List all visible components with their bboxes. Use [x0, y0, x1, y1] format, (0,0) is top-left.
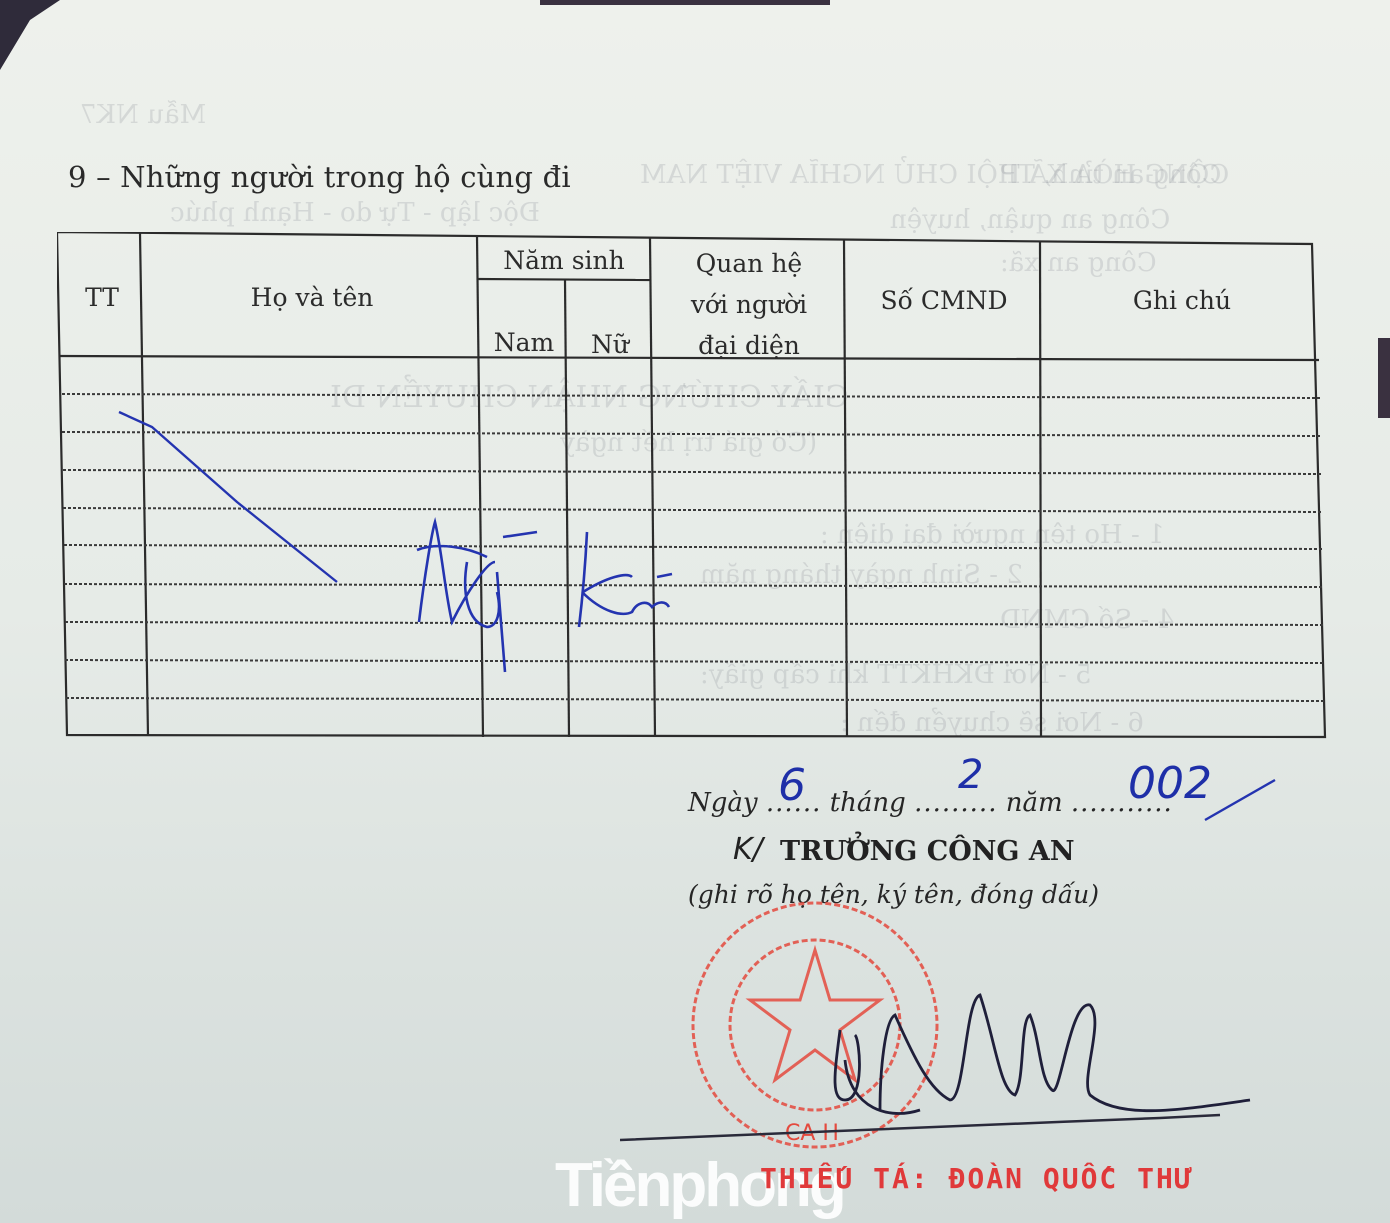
handwritten-tick: [1200, 775, 1280, 825]
section-title: 9 – Những người trong hộ cùng đi: [68, 160, 571, 194]
month-label: tháng: [830, 788, 906, 818]
date-line: Ngày ...... tháng ......... năm ........…: [688, 788, 1173, 818]
header-birth-year: Năm sinh: [479, 240, 649, 281]
header-relation-3: đại diện: [653, 325, 845, 366]
ghost-text: Công an tỉnh, TP: [1000, 160, 1221, 190]
header-name: Họ và tên: [147, 277, 477, 318]
handwritten-signature: [417, 522, 672, 672]
header-id-number: Số CMND: [847, 280, 1041, 321]
ghost-form-code: Mẫu NK7: [80, 100, 206, 130]
year-label: năm: [1006, 788, 1063, 818]
month-dots: .........: [914, 788, 997, 818]
background-edge: [1378, 338, 1390, 418]
background-strip: [540, 0, 830, 5]
ghost-text: Độc lập - Tự do - Hạnh phúc: [170, 198, 540, 228]
signatory-title: TRƯỞNG CÔNG AN: [780, 836, 1075, 867]
handwritten-month: 2: [958, 752, 983, 798]
header-male: Nam: [481, 322, 567, 363]
handwritten-prefix: K/: [733, 832, 763, 867]
ghost-text: Công an quận, huyện: [890, 205, 1170, 235]
day-label: Ngày: [688, 788, 758, 818]
header-relation-2: với người: [653, 284, 845, 325]
handwritten-strike-line: [119, 412, 337, 582]
chief-signature: [620, 960, 1260, 1150]
header-tt: TT: [62, 277, 142, 318]
header-female: Nữ: [567, 324, 653, 365]
handwritten-day: 6: [778, 760, 806, 811]
header-relation-1: Quan hệ: [653, 243, 845, 284]
name-stamp: THIẾU TÁ: ĐOÀN QUỐC THƯ: [760, 1162, 1194, 1195]
household-members-table: TT Họ và tên Năm sinh Nam Nữ Quan hệ với…: [57, 232, 1327, 737]
header-note: Ghi chú: [1042, 280, 1322, 321]
